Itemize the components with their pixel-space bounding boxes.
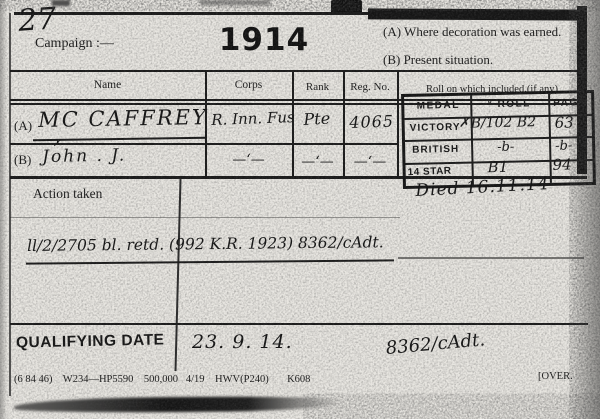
stamp-star-label: 14 STAR — [407, 166, 451, 179]
print-code-line: (6 84 46) W234—HP5590 500,000 4/19 HWV(P… — [14, 374, 310, 385]
victory-check-mark: ✗ — [458, 116, 469, 131]
star-roll-value: B1 — [487, 158, 508, 176]
stamp-victory-label: VICTORY — [410, 122, 461, 134]
british-page-ditto: -b- — [555, 138, 572, 153]
campaign-year: 1914 — [208, 22, 320, 58]
rank-column-header: Rank — [292, 81, 343, 93]
stamp-british-label: BRITISH — [412, 144, 459, 156]
row-a-prefix: (A) — [14, 118, 32, 134]
scan-left-edge-strip — [0, 0, 7, 419]
reference-number-note: 8362/cAdt. — [385, 329, 486, 359]
corps-column-header: Corps — [205, 79, 292, 91]
victory-roll-value: B/102 B2 — [470, 114, 536, 131]
row-a-corps-value: R. Inn. Fus — [211, 108, 295, 129]
regno-column-header: Reg. No. — [343, 81, 397, 93]
campaign-label: Campaign :— — [35, 36, 114, 52]
qualifying-section-top-rule — [10, 323, 588, 325]
british-roll-ditto: -b- — [497, 140, 514, 155]
star-page-value: 94 — [552, 155, 571, 173]
row-divider-rule — [10, 143, 397, 145]
medal-index-card-scan: 27 Campaign :— 1914 (A) Where decoration… — [0, 0, 600, 419]
note-where-decoration-earned: (A) Where decoration was earned. — [383, 24, 561, 40]
victory-page-value: 63 — [554, 113, 573, 131]
card-top-border — [14, 12, 372, 15]
table-top-rule — [10, 70, 586, 72]
stamp-roll-header: ° ROLL — [470, 98, 548, 111]
action-note-line: ll/2/2705 bl. retd. (992 K.R. 1923) 8362… — [27, 233, 384, 255]
middle-vertical-divider — [174, 179, 181, 371]
row-b-prefix: (B) — [14, 152, 31, 168]
stamp-medal-header: MEDAL — [408, 100, 468, 112]
handwritten-number: 27 — [17, 1, 58, 39]
row-a-rank-value: Pte — [303, 109, 331, 129]
row-b-name-value: John . J. — [42, 146, 126, 167]
stamp-page-header: PAGE — [553, 97, 587, 109]
action-taken-label: Action taken — [33, 186, 102, 202]
scan-artifact-bottom-smudge — [14, 395, 349, 414]
note-present-situation: (B) Present situation. — [383, 52, 493, 68]
row-b-rank-ditto: —‘— — [292, 154, 343, 170]
medal-roll-stamp-box: MEDAL ° ROLL PAGE VICTORY ✗ B/102 B2 63 … — [401, 90, 596, 189]
notes-box-top-bar — [368, 8, 584, 20]
qualifying-date-value: 23. 9. 14. — [192, 331, 293, 353]
action-note-underline — [26, 259, 394, 264]
scan-artifact-top-mid — [200, 0, 270, 5]
qualifying-date-stamp: QUALIFYING DATE — [16, 331, 165, 352]
right-faint-rule — [398, 257, 584, 259]
row-b-regno-ditto: —‘— — [343, 154, 397, 170]
scan-grain-overlay — [0, 0, 600, 419]
row-a-regno-value: 4065 — [349, 111, 394, 132]
row-b-corps-ditto: —‘— — [205, 152, 292, 168]
over-label: [OVER. — [538, 371, 573, 382]
faint-writing-line — [10, 217, 400, 218]
row-a-name-value: MC CAFFREY — [38, 105, 208, 132]
name-column-header: Name — [10, 79, 205, 91]
